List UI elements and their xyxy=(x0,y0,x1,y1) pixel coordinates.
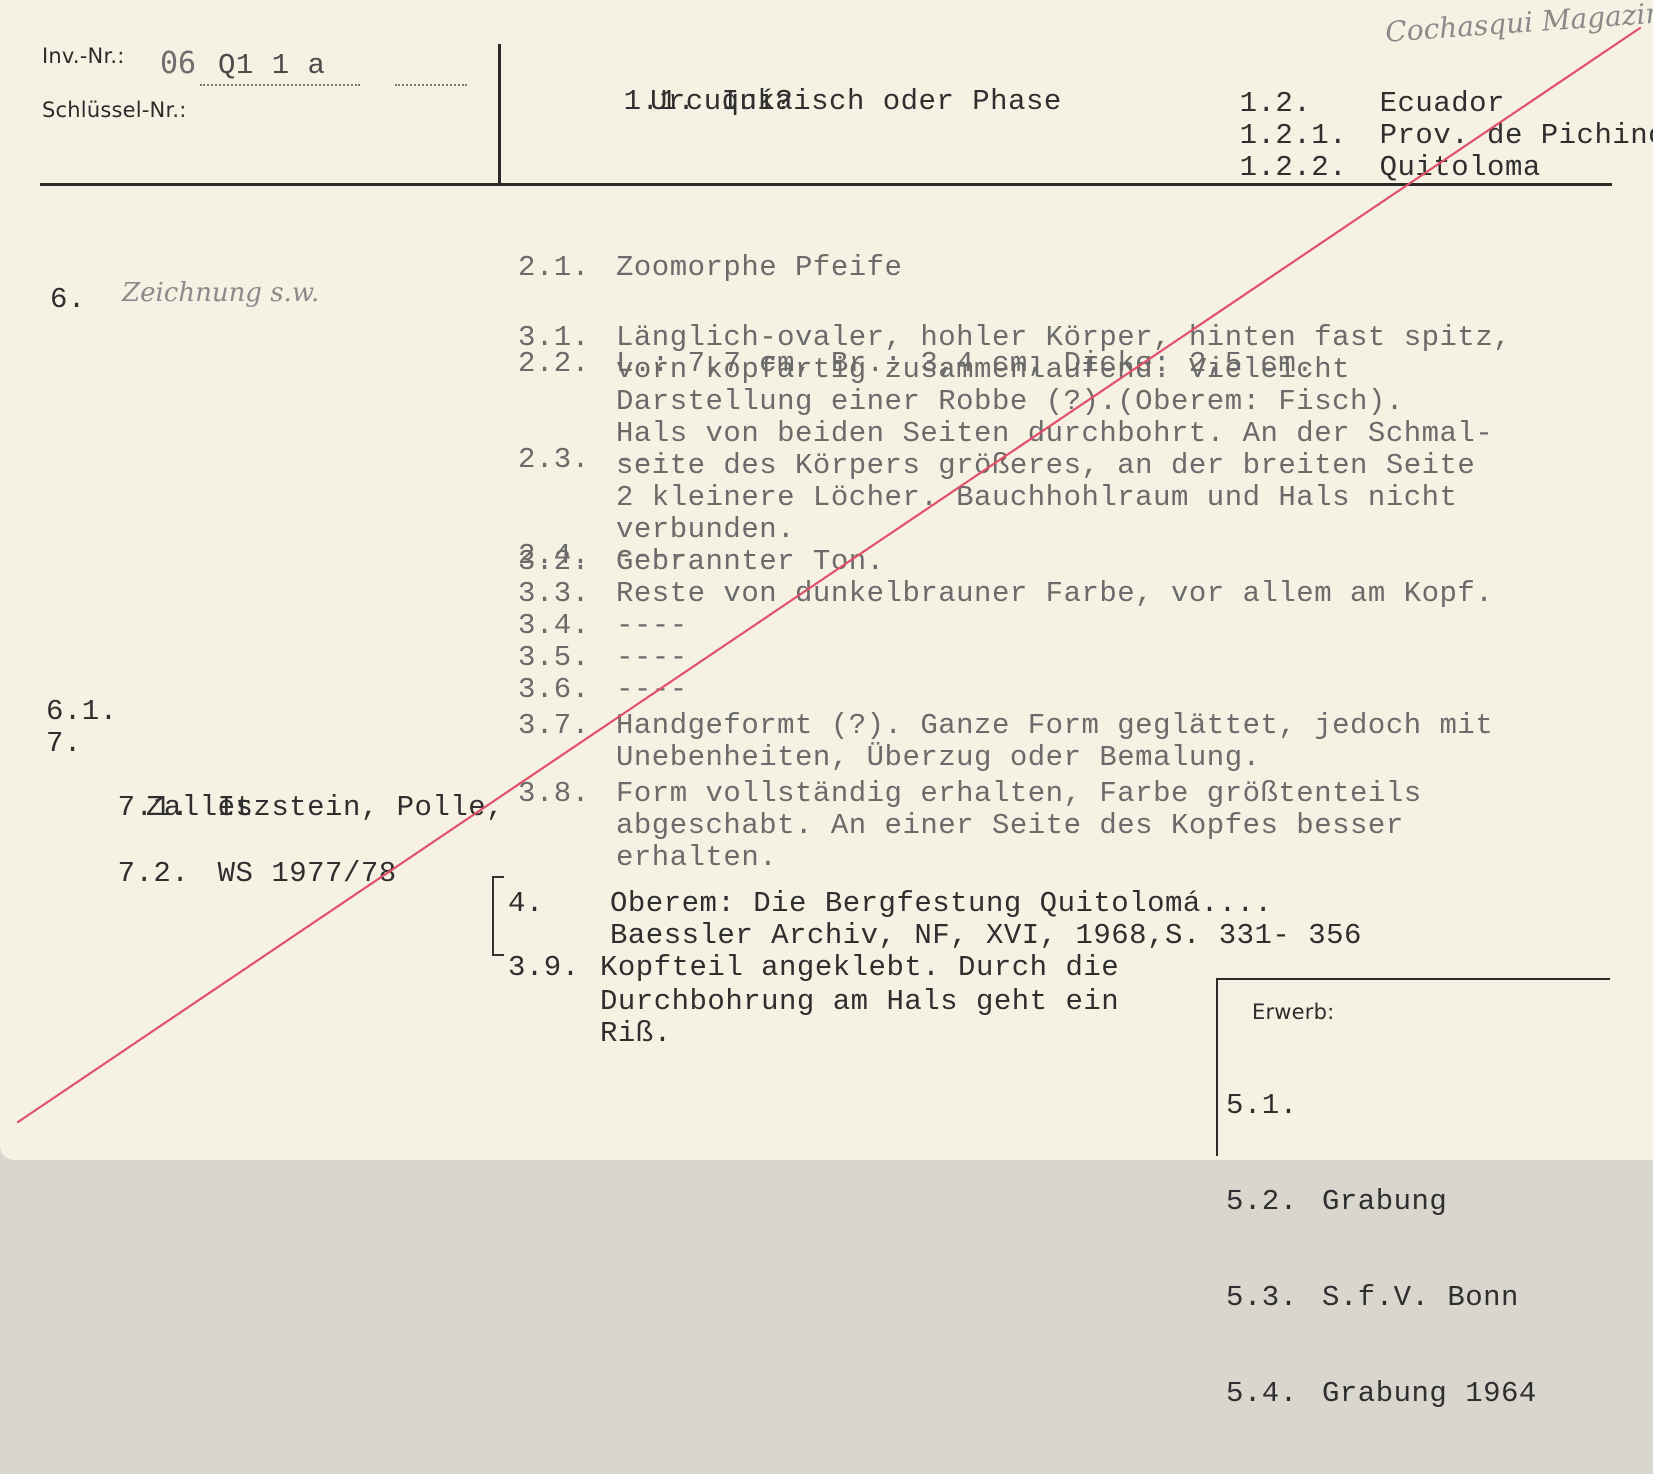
field-number: 3.6. xyxy=(518,674,616,706)
field-text: abgeschabt. An einer Seite des Kopfes be… xyxy=(616,809,1404,842)
field-3-4: 3.4.---- xyxy=(518,610,1511,642)
field-3-5: 3.5.---- xyxy=(518,642,1511,674)
field-text: ---- xyxy=(616,641,688,674)
field-1-1: 1.1.Inkaisch oder Phase xyxy=(552,54,1062,150)
field-7-2-num: 7.2. xyxy=(118,858,218,890)
field-number: 3.5. xyxy=(518,642,616,674)
field-5-1-num: 5.1. xyxy=(1226,1090,1322,1122)
header-divider-vertical xyxy=(498,44,501,184)
section-3: 3.1.Länglich-ovaler, hohler Körper, hint… xyxy=(518,322,1511,874)
field-7-1-line-1: Itzstein, Polle, xyxy=(218,791,504,824)
field-1-2-2-num: 1.2.2. xyxy=(1240,152,1380,184)
field-2-1-value: Zoomorphe Pfeife xyxy=(616,251,902,284)
inv-dotted-line-2 xyxy=(395,84,467,86)
field-continuation-line: Hals von beiden Seiten durchbohrt. An de… xyxy=(518,418,1511,450)
field-number: 3.2. xyxy=(518,546,616,578)
field-4-line-2: Baessler Archiv, NF, XVI, 1968,S. 331- 3… xyxy=(610,920,1362,952)
field-3-8: 3.8.Form vollständig erhalten, Farbe grö… xyxy=(518,778,1511,810)
field-number: 3.1. xyxy=(518,322,616,354)
field-text: verbunden. xyxy=(616,513,795,546)
erwerb-box-top xyxy=(1216,978,1610,980)
field-number: 3.7. xyxy=(518,710,616,742)
field-3-9-num: 3.9. xyxy=(508,952,580,984)
field-text: ---- xyxy=(616,673,688,706)
field-7-2: 7.2.WS 1977/78 xyxy=(46,826,397,922)
field-3-2: 3.2.Gebrannter Ton. xyxy=(518,546,1511,578)
field-continuation-line: abgeschabt. An einer Seite des Kopfes be… xyxy=(518,810,1511,842)
field-text: Darstellung einer Robbe (?).(Oberem: Fis… xyxy=(616,385,1404,418)
field-text: Reste von dunkelbrauner Farbe, vor allem… xyxy=(616,577,1493,610)
field-continuation-line: Darstellung einer Robbe (?).(Oberem: Fis… xyxy=(518,386,1511,418)
field-text: Länglich-ovaler, hohler Körper, hinten f… xyxy=(616,321,1511,354)
field-6-1-num: 6.1. xyxy=(46,696,118,728)
field-continuation-line: vorn kopfartig zusammenlaufend. Vieleich… xyxy=(518,354,1511,386)
erwerb-box-left xyxy=(1216,978,1218,1156)
field-1-1-line-2: Urcuquí? xyxy=(650,86,793,118)
index-card: Inv.-Nr.: 06 Q1 1 a Schlüssel-Nr.: 1.1.I… xyxy=(0,0,1653,1160)
erwerb-title: Erwerb: xyxy=(1252,1000,1334,1024)
field-3-3: 3.3.Reste von dunkelbrauner Farbe, vor a… xyxy=(518,578,1511,610)
field-3-9-line-2: Durchbohrung am Hals geht ein xyxy=(600,986,1119,1018)
field-7-1-line-2: Zalles xyxy=(146,792,253,824)
field-text: erhalten. xyxy=(616,841,777,874)
field-7-2-value: WS 1977/78 xyxy=(218,857,397,890)
field-text: Gebrannter Ton. xyxy=(616,545,885,578)
field-text: vorn kopfartig zusammenlaufend. Vieleich… xyxy=(616,353,1350,386)
field-number: 3.8. xyxy=(518,778,616,810)
field-3-7: 3.7.Handgeformt (?). Ganze Form geglätte… xyxy=(518,710,1511,742)
field-number: 3.4. xyxy=(518,610,616,642)
inv-value: Q1 1 a xyxy=(218,50,325,82)
inv-prefix-handwritten: 06 xyxy=(160,46,196,81)
field-text: 2 kleinere Löcher. Bauchhohlraum und Hal… xyxy=(616,481,1457,514)
field-continuation-line: erhalten. xyxy=(518,842,1511,874)
field-2-1-num: 2.1. xyxy=(518,252,616,284)
field-text: Handgeformt (?). Ganze Form geglättet, j… xyxy=(616,709,1493,742)
field-7-num: 7. xyxy=(46,728,82,760)
inv-label: Inv.-Nr.: xyxy=(42,44,125,68)
field-continuation-line: Unebenheiten, Überzug oder Bemalung. xyxy=(518,742,1511,774)
field-3-9-line-3: Riß. xyxy=(600,1018,672,1050)
handwritten-location-note: Cochasqui Magazin xyxy=(1384,0,1653,49)
field-3-1: 3.1.Länglich-ovaler, hohler Körper, hint… xyxy=(518,322,1511,354)
field-text: Form vollständig erhalten, Farbe größten… xyxy=(616,777,1422,810)
field-text: ---- xyxy=(616,609,688,642)
field-6-num: 6. xyxy=(50,284,86,316)
field-text: seite des Körpers größeres, an der breit… xyxy=(616,449,1475,482)
field-number: 3.3. xyxy=(518,578,616,610)
field-1-2-2-value: Quitoloma xyxy=(1380,151,1541,184)
field-text: Unebenheiten, Überzug oder Bemalung. xyxy=(616,741,1261,774)
field-continuation-line: seite des Körpers größeres, an der breit… xyxy=(518,450,1511,482)
field-4-num: 4. xyxy=(508,888,544,920)
key-label: Schlüssel-Nr.: xyxy=(42,98,187,122)
field-continuation-line: 2 kleinere Löcher. Bauchhohlraum und Hal… xyxy=(518,482,1511,514)
section-4-bracket xyxy=(492,876,504,956)
field-2-1: 2.1.Zoomorphe Pfeife xyxy=(518,252,1314,284)
field-6-handwritten: Zeichnung s.w. xyxy=(122,278,319,308)
field-3-9-line-1: Kopfteil angeklebt. Durch die xyxy=(600,952,1119,984)
section-5: 5.1. 5.2.Grabung 5.3.S.f.V. Bonn 5.4.Gra… xyxy=(1226,1026,1537,1164)
field-3-6: 3.6.---- xyxy=(518,674,1511,706)
field-continuation-line: verbunden. xyxy=(518,514,1511,546)
field-5-1: 5.1. xyxy=(1226,1090,1537,1122)
field-text: Hals von beiden Seiten durchbohrt. An de… xyxy=(616,417,1493,450)
field-4-line-1: Oberem: Die Bergfestung Quitolomá.... xyxy=(610,888,1272,920)
inv-dotted-line xyxy=(200,84,360,86)
